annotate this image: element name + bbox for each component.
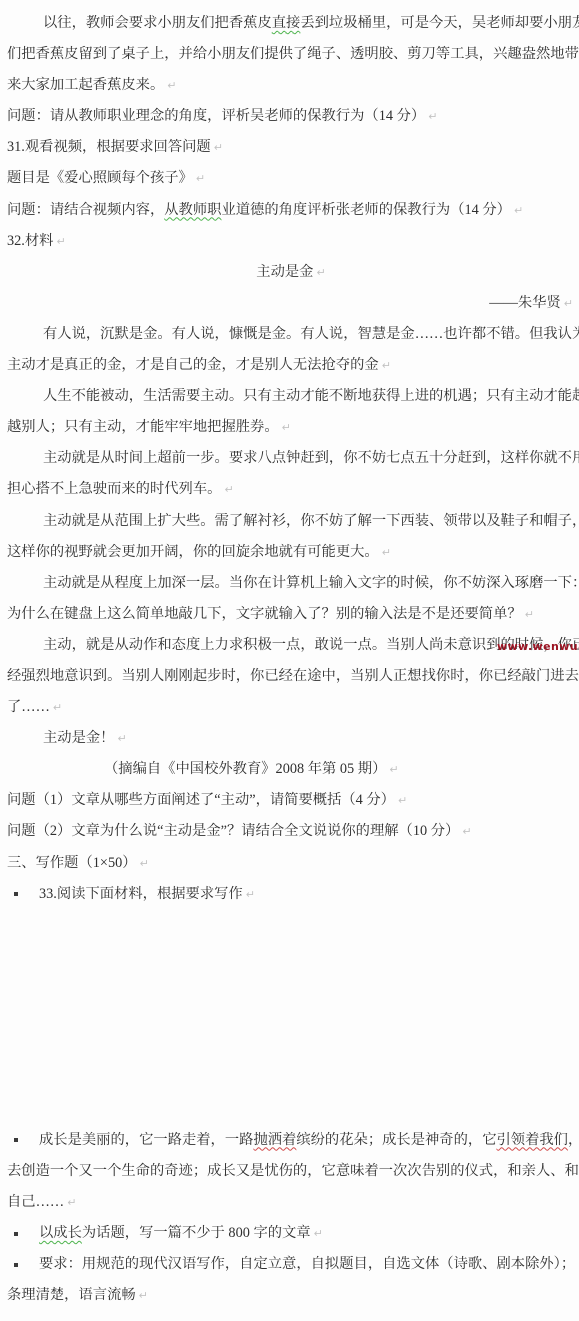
text-line: 自己……↵	[0, 1187, 579, 1218]
text-segment: 主动就是从范围上扩大些。需了解衬衫，你不妨了解一下西装、领带以及鞋子和帽子，	[43, 513, 579, 529]
text-line: 去创造一个又一个生命的奇迹；成长又是忧伤的，它意味着一次次告别的仪式，和亲人、和	[0, 1156, 579, 1187]
spellcheck-marked-text: 以成长	[39, 1225, 82, 1241]
paragraph-mark-icon: ↵	[140, 857, 149, 870]
text-line: 问题：请结合视频内容，从教师职业道德的角度评析张老师的保教行为（14 分）↵	[0, 195, 579, 226]
bullet-icon	[14, 892, 18, 896]
paragraph-mark-icon: ↵	[67, 1196, 76, 1209]
text-segment: 业道德的角度评析张老师的保教行为（14 分）	[221, 202, 511, 218]
watermark: www.wenwu8.c	[497, 640, 579, 653]
text-segment: 主动是金！	[43, 730, 114, 746]
text-line: 主动就是从时间上超前一步。要求八点钟赶到，你不妨七点五十分赶到，这样你就不用	[0, 443, 579, 474]
text-segment: 主动是金	[256, 264, 313, 280]
text-segment: 缤纷的花朵；成长是神奇的，它	[296, 1132, 496, 1148]
text-segment: 三、写作题（1×50）	[7, 855, 137, 871]
text-segment: 了……	[7, 699, 50, 715]
text-segment: 担心搭不上急驶而来的时代列车。	[7, 481, 221, 497]
text-line: 人生不能被动，生活需要主动。只有主动才能不断地获得上进的机遇；只有主动才能超	[0, 381, 579, 412]
text-segment: 们把香蕉皮留到了桌子上，并给小朋友们提供了绳子、透明胶、剪刀等工具，兴趣盎然地带	[7, 46, 579, 62]
text-line: 33.阅读下面材料，根据要求写作↵	[0, 879, 579, 910]
paragraph-mark-icon: ↵	[246, 888, 255, 901]
text-line: 来大家加工起香蕉皮来。↵	[0, 70, 579, 101]
spellcheck-marked-text: 抛洒着	[253, 1132, 296, 1148]
paragraph-mark-icon: ↵	[196, 172, 205, 185]
text-line: 主动就是从范围上扩大些。需了解衬衫，你不妨了解一下西装、领带以及鞋子和帽子，	[0, 506, 579, 537]
text-line: 问题（1）文章从哪些方面阐述了“主动”，请简要概括（4 分）↵	[0, 785, 579, 816]
text-line: 主动是金↵	[0, 257, 579, 288]
paragraph-mark-icon: ↵	[139, 1289, 148, 1302]
text-line: 问题：请从教师职业理念的角度，评析吴老师的保教行为（14 分）↵	[0, 101, 579, 132]
text-segment: 主动就是从程度上加深一层。当你在计算机上输入文字的时候，你不妨深入琢磨一下：	[43, 575, 579, 591]
text-segment: 去创造一个又一个生命的奇迹；成长又是忧伤的，它意味着一次次告别的仪式，和亲人、和	[7, 1163, 579, 1179]
text-line: 32.材料↵	[0, 226, 579, 257]
text-line: 31.观看视频，根据要求回答问题↵	[0, 132, 579, 163]
paragraph-mark-icon: ↵	[462, 825, 471, 838]
text-segment: 要求：用规范的现代汉语写作，自定立意，自拟题目，自选文体（诗歌、剧本除外）；	[39, 1256, 575, 1272]
text-segment: 有人说，沉默是金。有人说，慷慨是金。有人说，智慧是金……也许都不错。但我认为，	[43, 326, 579, 342]
text-line: 主动就是从程度上加深一层。当你在计算机上输入文字的时候，你不妨深入琢磨一下：	[0, 568, 579, 599]
text-segment: 33.阅读下面材料，根据要求写作	[39, 886, 243, 902]
text-segment: 32.材料	[7, 233, 53, 249]
text-line: 有人说，沉默是金。有人说，慷慨是金。有人说，智慧是金……也许都不错。但我认为，	[0, 319, 579, 350]
text-segment: 题目是《爱心照顾每个孩子》	[7, 170, 193, 186]
text-segment: 为话题，写一篇不少于 800 字的文章	[82, 1225, 311, 1241]
paragraph-mark-icon: ↵	[382, 359, 391, 372]
text-segment: 问题（2）文章为什么说“主动是金”？请结合全文说说你的理解（10 分）	[7, 823, 459, 839]
text-line: 问题（2）文章为什么说“主动是金”？请结合全文说说你的理解（10 分）↵	[0, 816, 579, 847]
paragraph-mark-icon: ↵	[53, 701, 62, 714]
text-segment: 问题：请从教师职业理念的角度，评析吴老师的保教行为（14 分）	[7, 108, 425, 124]
text-line: （摘编自《中国校外教育》2008 年第 05 期）↵	[0, 754, 579, 785]
text-segment: 来大家加工起香蕉皮来。	[7, 77, 164, 93]
text-segment: 主动就是从时间上超前一步。要求八点钟赶到，你不妨七点五十分赶到，这样你就不用	[43, 450, 579, 466]
paragraph-mark-icon: ↵	[56, 235, 65, 248]
paragraph-mark-icon: ↵	[514, 204, 523, 217]
text-line: 为什么在键盘上这么简单地敲几下，文字就输入了？别的输入法是不是还要简单？↵	[0, 599, 579, 630]
text-line: 担心搭不上急驶而来的时代列车。↵	[0, 474, 579, 505]
paragraph-mark-icon: ↵	[282, 421, 291, 434]
text-line: 三、写作题（1×50）↵	[0, 848, 579, 879]
paragraph-mark-icon: ↵	[214, 141, 223, 154]
text-segment: 越别人；只有主动，才能牢牢地把握胜券。	[7, 419, 279, 435]
text-segment: 主动才是真正的金，才是自己的金，才是别人无法抢夺的金	[7, 357, 379, 373]
blank-space	[0, 910, 579, 1125]
text-line: 主动，就是从动作和态度上力求积极一点，敢说一点。当别人尚未意识到的时候，你已	[0, 630, 579, 661]
text-segment: 问题（1）文章从哪些方面阐述了“主动”，请简要概括（4 分）	[7, 792, 395, 808]
text-segment: 人生不能被动，生活需要主动。只有主动才能不断地获得上进的机遇；只有主动才能超	[43, 388, 579, 404]
document-page: 以往，教师会要求小朋友们把香蕉皮直接丢到垃圾桶里，可是今天，吴老师却要小朋友们把…	[0, 0, 579, 1321]
text-line: 条理清楚，语言流畅↵	[0, 1280, 579, 1311]
text-segment: 以往，教师会要求小朋友们把香蕉皮	[43, 15, 272, 31]
text-segment: 31.观看视频，根据要求回答问题	[7, 139, 211, 155]
paragraph-mark-icon: ↵	[389, 763, 398, 776]
text-segment: 问题：请结合视频内容，	[7, 202, 164, 218]
document-body: 以往，教师会要求小朋友们把香蕉皮直接丢到垃圾桶里，可是今天，吴老师却要小朋友们把…	[0, 0, 579, 1311]
text-line: 主动是金！↵	[0, 723, 579, 754]
bullet-icon	[14, 1263, 18, 1267]
text-segment: 丢到垃圾桶里，可是今天，吴老师却要小朋友	[300, 15, 579, 31]
paragraph-mark-icon: ↵	[224, 483, 233, 496]
paragraph-mark-icon: ↵	[564, 297, 573, 310]
spellcheck-marked-text: 引领着我们	[497, 1132, 568, 1148]
paragraph-mark-icon: ↵	[316, 266, 325, 279]
paragraph-mark-icon: ↵	[428, 110, 437, 123]
paragraph-mark-icon: ↵	[398, 794, 407, 807]
text-segment: 经强烈地意识到。当别人刚刚起步时，你已经在途中，当别人正想找你时，你已经敲门进去	[7, 668, 579, 684]
bullet-icon	[14, 1232, 18, 1236]
text-segment: ，	[568, 1132, 579, 1148]
text-segment: 自己……	[7, 1194, 64, 1210]
spellcheck-marked-text: 直接	[272, 15, 301, 31]
text-segment: 条理清楚，语言流畅	[7, 1287, 136, 1303]
text-line: 以成长为话题，写一篇不少于 800 字的文章↵	[0, 1218, 579, 1249]
text-line: 要求：用规范的现代汉语写作，自定立意，自拟题目，自选文体（诗歌、剧本除外）；	[0, 1249, 579, 1280]
text-line: 主动才是真正的金，才是自己的金，才是别人无法抢夺的金↵	[0, 350, 579, 381]
text-segment: ——朱华贤	[489, 295, 560, 311]
paragraph-mark-icon: ↵	[382, 546, 391, 559]
spellcheck-marked-text: 从教师职	[164, 202, 221, 218]
text-line: 题目是《爱心照顾每个孩子》↵	[0, 163, 579, 194]
text-segment: （摘编自《中国校外教育》2008 年第 05 期）	[104, 761, 386, 777]
text-segment: 为什么在键盘上这么简单地敲几下，文字就输入了？别的输入法是不是还要简单？	[7, 606, 522, 622]
paragraph-mark-icon: ↵	[525, 608, 534, 621]
text-line: ——朱华贤↵	[0, 288, 579, 319]
paragraph-mark-icon: ↵	[117, 732, 126, 745]
text-segment: 这样你的视野就会更加开阔，你的回旋余地就有可能更大。	[7, 544, 379, 560]
text-line: 成长是美丽的，它一路走着，一路抛洒着缤纷的花朵；成长是神奇的，它引领着我们，	[0, 1125, 579, 1156]
text-line: 这样你的视野就会更加开阔，你的回旋余地就有可能更大。↵	[0, 537, 579, 568]
paragraph-mark-icon: ↵	[167, 79, 176, 92]
text-segment: 成长是美丽的，它一路走着，一路	[39, 1132, 253, 1148]
text-line: 经强烈地意识到。当别人刚刚起步时，你已经在途中，当别人正想找你时，你已经敲门进去	[0, 661, 579, 692]
text-line: 们把香蕉皮留到了桌子上，并给小朋友们提供了绳子、透明胶、剪刀等工具，兴趣盎然地带	[0, 39, 579, 70]
text-line: 以往，教师会要求小朋友们把香蕉皮直接丢到垃圾桶里，可是今天，吴老师却要小朋友	[0, 8, 579, 39]
bullet-icon	[14, 1138, 18, 1142]
paragraph-mark-icon: ↵	[314, 1227, 323, 1240]
text-line: 了……↵	[0, 692, 579, 723]
text-line: 越别人；只有主动，才能牢牢地把握胜券。↵	[0, 412, 579, 443]
